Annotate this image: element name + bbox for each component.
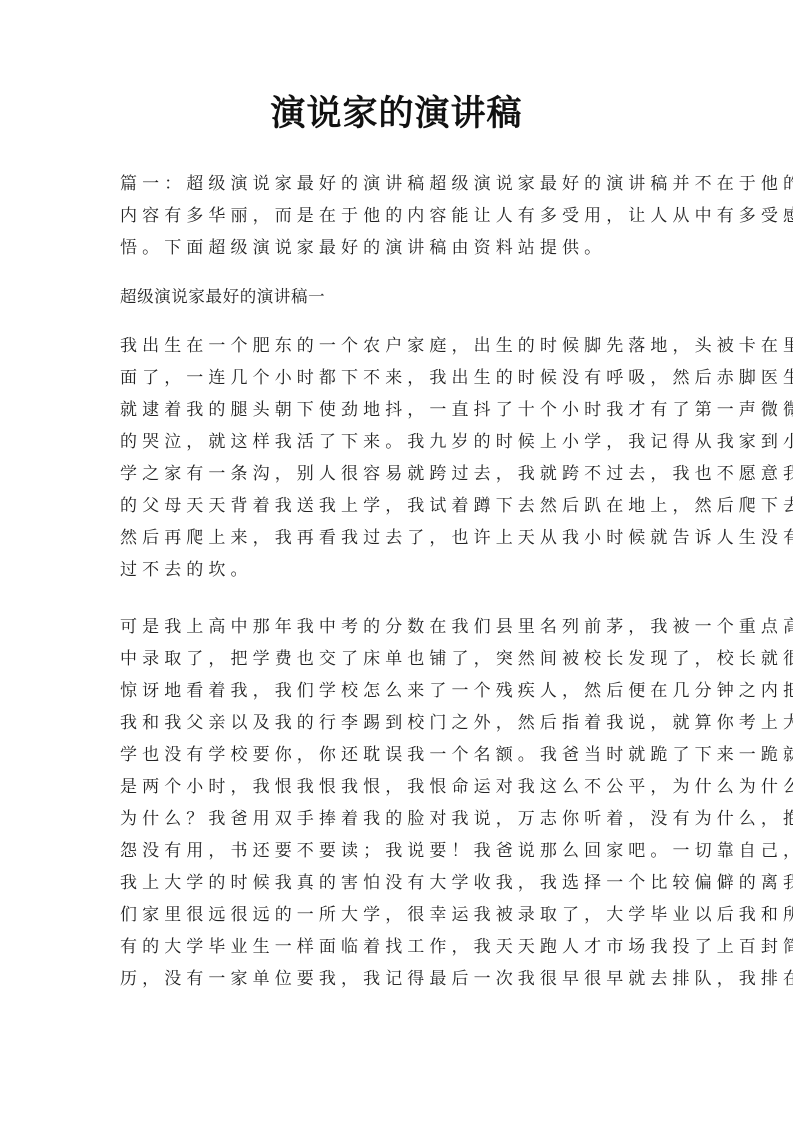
text-line: 我上大学的时候我真的害怕没有大学收我，我选择一个比较偏僻的离我 xyxy=(120,867,676,899)
text-line: 可是我上高中那年我中考的分数在我们县里名列前茅，我被一个重点高 xyxy=(120,611,676,643)
text-line: 的父母天天背着我送我上学，我试着蹲下去然后趴在地上，然后爬下去 xyxy=(120,490,676,522)
text-line: 就逮着我的腿头朝下使劲地抖，一直抖了十个小时我才有了第一声微微 xyxy=(120,394,676,426)
text-line: 们家里很远很远的一所大学，很幸运我被录取了，大学毕业以后我和所 xyxy=(120,899,676,931)
text-line: 是两个小时，我恨我恨我恨，我恨命运对我这么不公平，为什么为什么 xyxy=(120,771,676,803)
text-line: 中录取了，把学费也交了床单也铺了，突然间被校长发现了，校长就很 xyxy=(120,643,676,675)
text-line: 学之家有一条沟，别人很容易就跨过去，我就跨不过去，我也不愿意我 xyxy=(120,458,676,490)
text-line: 有的大学毕业生一样面临着找工作，我天天跑人才市场我投了上百封简 xyxy=(120,931,676,963)
text-line: 过不去的坎。 xyxy=(120,554,676,586)
body-paragraph-1: 我出生在一个肥东的一个农户家庭，出生的时候脚先落地，头被卡在里 面了，一连几个小… xyxy=(120,330,676,586)
text-line: 悟。下面超级演说家最好的演讲稿由资料站提供。 xyxy=(120,232,676,264)
text-line: 怨没有用，书还要不要读；我说要！我爸说那么回家吧。一切靠自己， xyxy=(120,835,676,867)
text-line: 我出生在一个肥东的一个农户家庭，出生的时候脚先落地，头被卡在里 xyxy=(120,330,676,362)
text-line: 篇一：超级演说家最好的演讲稿超级演说家最好的演讲稿并不在于他的 xyxy=(120,168,676,200)
intro-paragraph: 篇一：超级演说家最好的演讲稿超级演说家最好的演讲稿并不在于他的 内容有多华丽，而… xyxy=(120,168,676,264)
text-line: 我和我父亲以及我的行李踢到校门之外，然后指着我说，就算你考上大 xyxy=(120,707,676,739)
text-line: 面了，一连几个小时都下不来，我出生的时候没有呼吸，然后赤脚医生 xyxy=(120,362,676,394)
text-line: 超级演说家最好的演讲稿一 xyxy=(120,281,676,313)
body-paragraph-2: 可是我上高中那年我中考的分数在我们县里名列前茅，我被一个重点高 中录取了，把学费… xyxy=(120,611,676,995)
text-line: 惊讶地看着我，我们学校怎么来了一个残疾人，然后便在几分钟之内把 xyxy=(120,675,676,707)
text-line: 然后再爬上来，我再看我过去了，也许上天从我小时候就告诉人生没有 xyxy=(120,522,676,554)
text-line: 历，没有一家单位要我，我记得最后一次我很早很早就去排队，我排在 xyxy=(120,963,676,995)
text-line: 学也没有学校要你，你还耽误我一个名额。我爸当时就跪了下来一跪就 xyxy=(120,739,676,771)
section-heading: 超级演说家最好的演讲稿一 xyxy=(120,281,676,313)
document-title: 演说家的演讲稿 xyxy=(0,92,793,136)
text-line: 的哭泣，就这样我活了下来。我九岁的时候上小学，我记得从我家到小 xyxy=(120,426,676,458)
text-line: 为什么？我爸用双手捧着我的脸对我说，万志你听着，没有为什么，抱 xyxy=(120,803,676,835)
text-line: 内容有多华丽，而是在于他的内容能让人有多受用，让人从中有多受感 xyxy=(120,200,676,232)
